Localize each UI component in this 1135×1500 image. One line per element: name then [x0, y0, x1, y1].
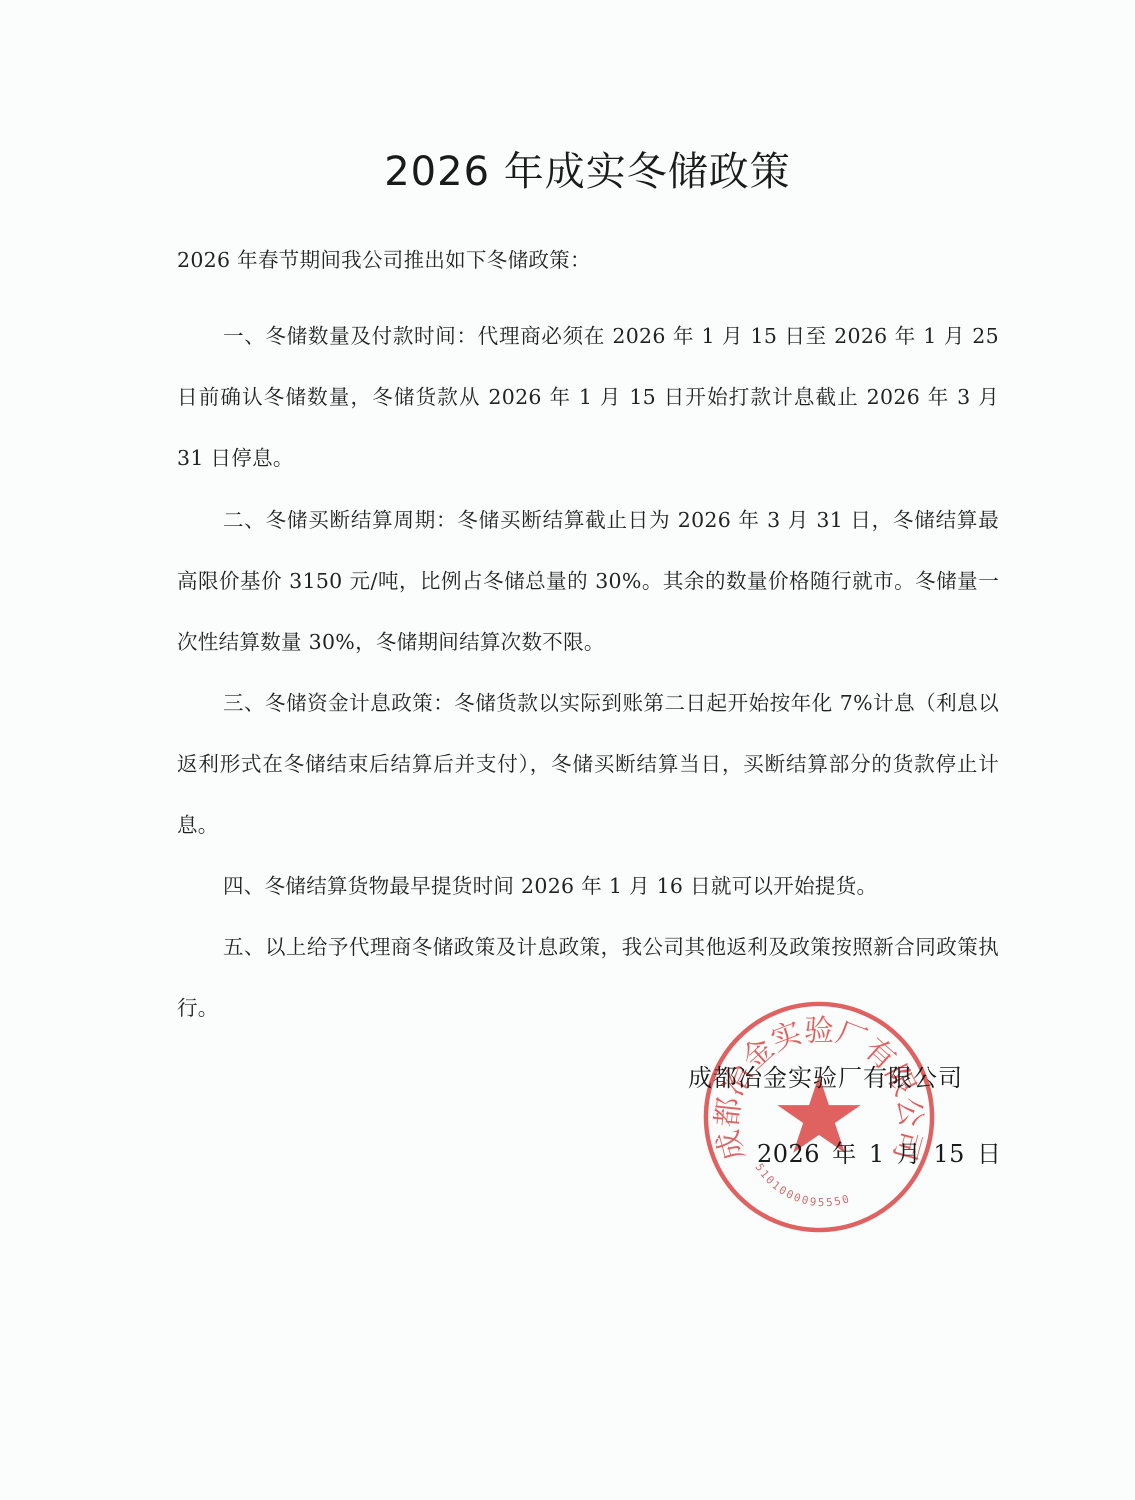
policy-item-2: 二、冬储买断结算周期：冬储买断结算截止日为 2026 年 3 月 31 日，冬储… [177, 490, 999, 673]
signature-date: 2026 年 1 月 15 日 [757, 1134, 1002, 1169]
document-title: 2026 年成实冬储政策 [0, 140, 1135, 197]
document-page: 2026 年成实冬储政策 2026 年春节期间我公司推出如下冬储政策： 一、冬储… [0, 0, 1135, 1500]
signature-company: 成都冶金实验厂有限公司 [688, 1058, 963, 1093]
policy-item-3: 三、冬储资金计息政策：冬储货款以实际到账第二日起开始按年化 7%计息（利息以返利… [177, 673, 999, 856]
company-seal-icon: 成都冶金实验厂有限公司 5101000095550 [700, 998, 938, 1236]
policy-item-1: 一、冬储数量及付款时间：代理商必须在 2026 年 1 月 15 日至 2026… [177, 306, 999, 489]
policy-item-4: 四、冬储结算货物最早提货时间 2026 年 1 月 16 日就可以开始提货。 [177, 856, 999, 917]
intro-text: 2026 年春节期间我公司推出如下冬储政策： [177, 230, 999, 291]
